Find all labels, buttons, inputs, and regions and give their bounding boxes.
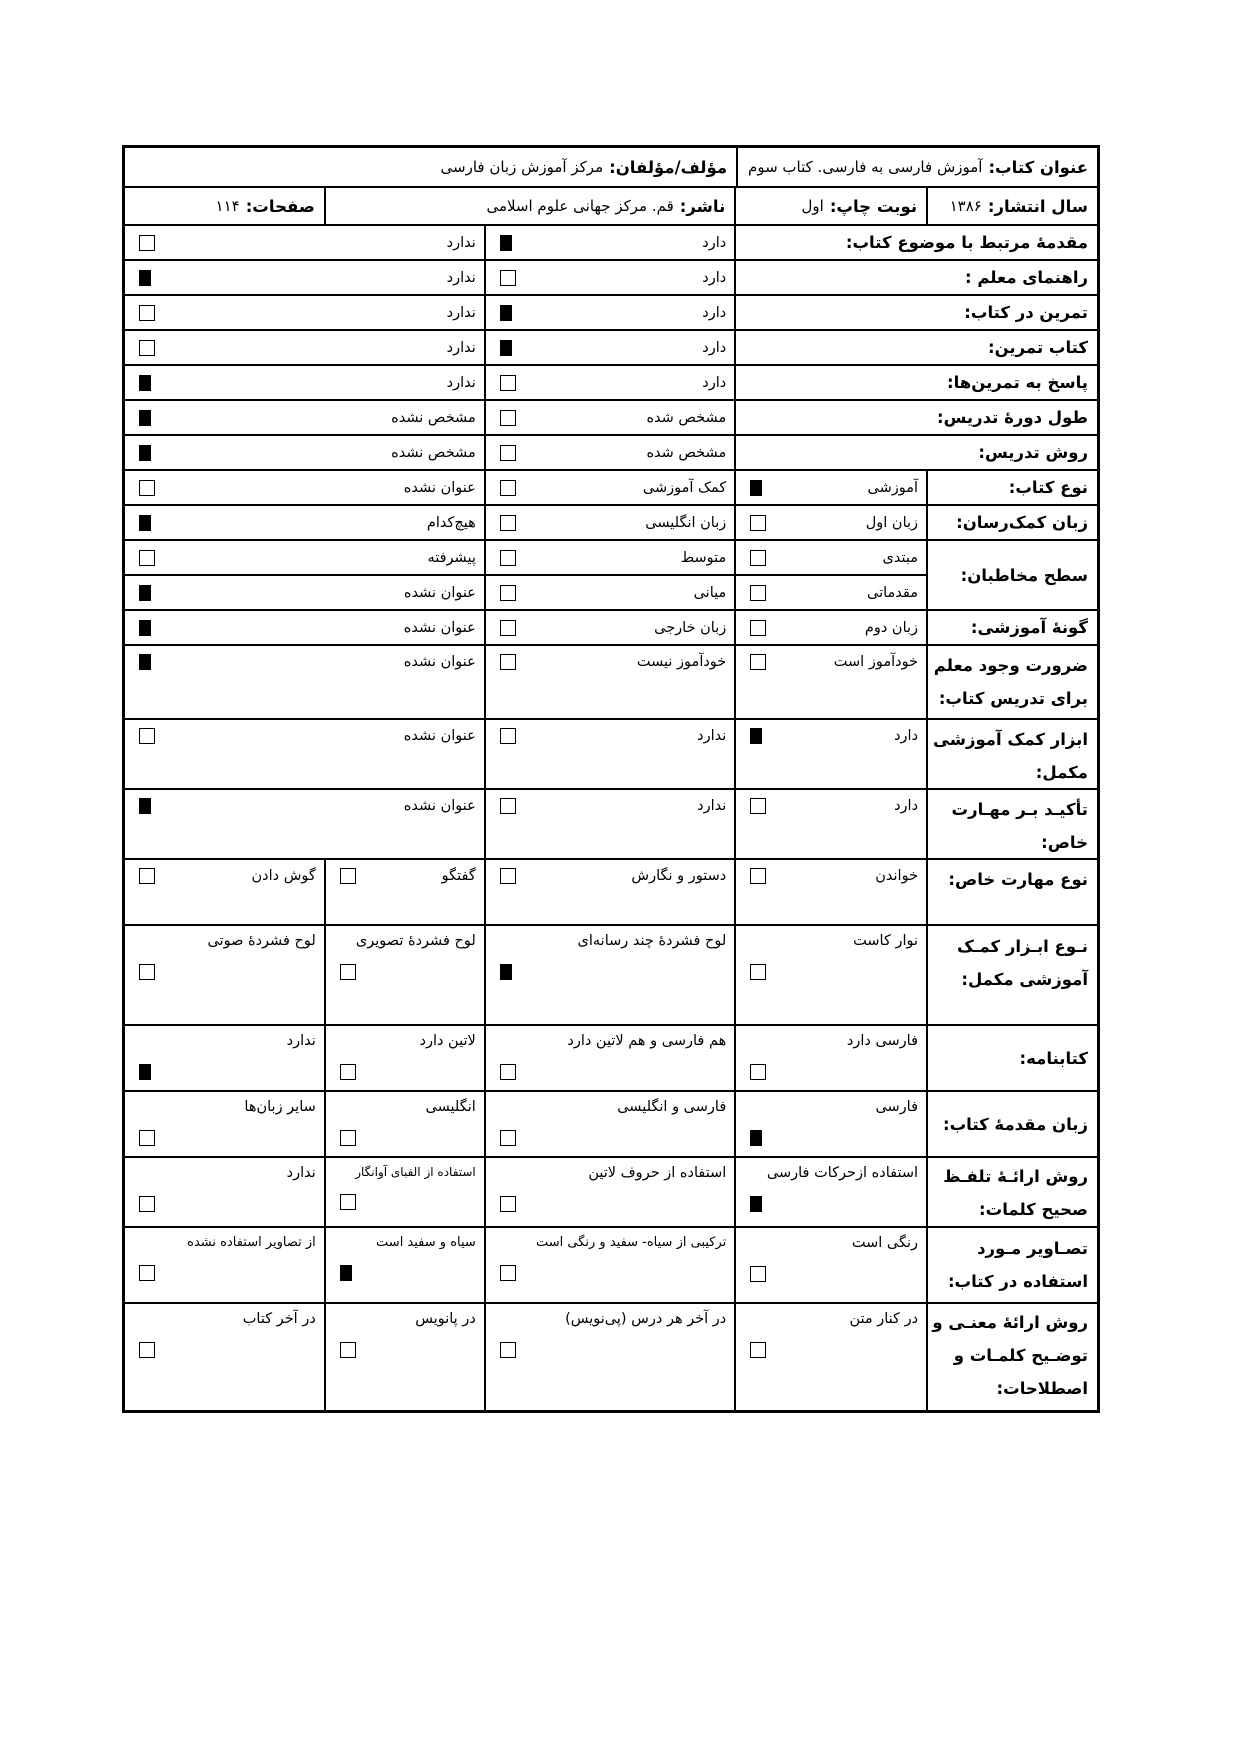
option-cell: زبان دوم xyxy=(734,611,926,644)
checkbox xyxy=(139,728,155,744)
option-label: رنگی است xyxy=(736,1228,926,1251)
option-cell: آموزشی xyxy=(734,471,926,504)
checkbox xyxy=(500,1196,516,1212)
checkbox xyxy=(750,550,766,566)
checkbox xyxy=(340,1342,356,1358)
page-count-label: صفحات: xyxy=(240,197,315,216)
option-label: عنوان نشده xyxy=(404,798,476,814)
option-label: دارد xyxy=(894,728,918,744)
row-intro: مقدمهٔ مرتبط با موضوع کتاب: دارد ندارد xyxy=(125,224,1097,259)
row-label: زبان کمک‌رسان: xyxy=(926,506,1097,539)
print-edition-cell: نوبت چاپ: اول xyxy=(734,188,926,224)
option-label: دارد xyxy=(702,270,726,286)
option-cell: مشخص شده xyxy=(484,436,734,469)
row-exercise-book: کتاب تمرین: دارد ندارد xyxy=(125,329,1097,364)
option-cell: زبان اول xyxy=(734,506,926,539)
publisher-cell: ناشر: قم. مرکز جهانی علوم اسلامی xyxy=(324,188,734,224)
option-cell: در پانویس xyxy=(324,1304,484,1410)
checkbox xyxy=(500,585,516,601)
checkbox xyxy=(139,798,151,814)
option-label: هیچ‌کدام xyxy=(427,515,476,531)
option-cell: در آخر هر درس (پی‌نویس) xyxy=(484,1304,734,1410)
row-specific-skill-emphasis: تأکیـد بـر مهـارت خاص: دارد ندارد عنوان … xyxy=(125,788,1097,858)
checkbox xyxy=(340,1064,356,1080)
option-cell: مبتدی xyxy=(734,541,926,574)
row-label: کتاب تمرین: xyxy=(734,331,1097,364)
row-label: تأکیـد بـر مهـارت خاص: xyxy=(926,790,1097,858)
option-label: ندارد xyxy=(125,1158,324,1181)
option-label: زبان اول xyxy=(866,515,918,531)
checkbox xyxy=(139,375,151,391)
row-label: نوع مهارت خاص: xyxy=(926,860,1097,924)
option-label: دارد xyxy=(702,375,726,391)
option-label: دارد xyxy=(702,305,726,321)
option-label: دارد xyxy=(702,235,726,251)
option-cell: خودآموز است xyxy=(734,646,926,718)
checkbox xyxy=(750,1130,762,1146)
option-cell: زبان خارجی xyxy=(484,611,734,644)
option-cell: دارد xyxy=(484,226,734,259)
option-cell: سیاه و سفید است xyxy=(324,1228,484,1302)
option-label: مقدماتی xyxy=(867,585,918,601)
checkbox xyxy=(139,270,151,286)
option-label: انگلیسی xyxy=(326,1092,484,1115)
checkbox xyxy=(340,868,356,884)
checkbox xyxy=(500,375,516,391)
option-label: لاتین دارد xyxy=(326,1026,484,1049)
checkbox xyxy=(500,620,516,636)
row-teacher-guide: راهنمای معلم : دارد ندارد xyxy=(125,259,1097,294)
option-cell: مشخص شده xyxy=(484,401,734,434)
option-cell: پیشرفته xyxy=(125,541,484,574)
row-label: روش تدریس: xyxy=(734,436,1097,469)
option-cell: هیچ‌کدام xyxy=(125,506,484,539)
row-label: مقدمهٔ مرتبط با موضوع کتاب: xyxy=(734,226,1097,259)
checkbox xyxy=(500,340,512,356)
audience-level-subrow-2: مقدماتی میانی عنوان نشده xyxy=(125,576,926,609)
option-cell: میانی xyxy=(484,576,734,609)
checkbox xyxy=(750,798,766,814)
option-label: مبتدی xyxy=(883,550,918,566)
checkbox xyxy=(750,728,762,744)
checkbox xyxy=(500,1064,516,1080)
option-cell: ندارد xyxy=(484,720,734,788)
row-specific-skill-type: نوع مهارت خاص: خواندن دستور و نگارش گفتگ… xyxy=(125,858,1097,924)
option-label: نوار کاست xyxy=(736,926,926,949)
row-label: روش ارائهٔ معنـی و توضـیح کلمـات و اصطلا… xyxy=(926,1304,1097,1410)
option-cell: خواندن xyxy=(734,860,926,924)
option-label: در آخر هر درس (پی‌نویس) xyxy=(486,1304,734,1327)
option-label: هم فارسی و هم لاتین دارد xyxy=(486,1026,734,1049)
option-cell: دارد xyxy=(484,296,734,329)
checkbox xyxy=(500,445,516,461)
option-label: مشخص نشده xyxy=(391,410,476,426)
option-label: لوح فشردهٔ صوتی xyxy=(125,926,324,949)
option-label: سیاه و سفید است xyxy=(326,1228,484,1250)
option-cell: کمک آموزشی xyxy=(484,471,734,504)
checkbox xyxy=(139,410,151,426)
option-label: ندارد xyxy=(447,235,476,251)
row-label: طول دورهٔ تدریس: xyxy=(734,401,1097,434)
checkbox xyxy=(139,340,155,356)
option-label: عنوان نشده xyxy=(404,728,476,744)
checkbox xyxy=(500,964,512,980)
option-cell: عنوان نشده xyxy=(125,576,484,609)
checkbox xyxy=(340,1194,356,1210)
option-label: آموزشی xyxy=(868,480,919,496)
option-cell: از تصاویر استفاده نشده xyxy=(125,1228,324,1302)
checkbox xyxy=(139,235,155,251)
option-label: عنوان نشده xyxy=(404,480,476,496)
checkbox xyxy=(750,1196,762,1212)
option-cell: لوح فشردهٔ چند رسانه‌ای xyxy=(484,926,734,1024)
option-cell: فارسی و انگلیسی xyxy=(484,1092,734,1156)
checkbox xyxy=(500,410,516,426)
option-cell: نوار کاست xyxy=(734,926,926,1024)
row-supplementary-tools: ابزار کمک آموزشی مکمل: دارد ندارد عنوان … xyxy=(125,718,1097,788)
row-book-title: عنوان کتاب: آموزش فارسی به فارسی. کتاب س… xyxy=(125,148,1097,186)
row-exercises-in-book: تمرین در کتاب: دارد ندارد xyxy=(125,294,1097,329)
row-label: تمرین در کتاب: xyxy=(734,296,1097,329)
checkbox xyxy=(139,445,151,461)
row-label: پاسخ به تمرین‌ها: xyxy=(734,366,1097,399)
option-label: دستور و نگارش xyxy=(631,868,726,884)
row-label: زبان مقدمهٔ کتاب: xyxy=(926,1092,1097,1156)
option-label: مشخص شده xyxy=(646,445,726,461)
row-teacher-necessity: ضرورت وجود معلم برای تدریس کتاب: خودآموز… xyxy=(125,644,1097,718)
option-cell: انگلیسی xyxy=(324,1092,484,1156)
option-label: گوش دادن xyxy=(252,868,316,884)
row-label: گونهٔ آموزشی: xyxy=(926,611,1097,644)
checkbox xyxy=(500,1265,516,1281)
option-cell: عنوان نشده xyxy=(125,720,484,788)
option-label: لوح فشردهٔ چند رسانه‌ای xyxy=(486,926,734,949)
checkbox xyxy=(139,654,151,670)
option-cell: زبان انگلیسی xyxy=(484,506,734,539)
option-cell: ترکیبی از سیاه- سفید و رنگی است xyxy=(484,1228,734,1302)
author-label: مؤلف/مؤلفان: xyxy=(603,158,727,177)
checkbox xyxy=(340,1130,356,1146)
option-cell: رنگی است xyxy=(734,1228,926,1302)
checkbox xyxy=(500,515,516,531)
option-label: استفاده از حروف لاتین xyxy=(486,1158,734,1181)
option-cell: گفتگو xyxy=(324,860,484,924)
row-meaning-presentation: روش ارائهٔ معنـی و توضـیح کلمـات و اصطلا… xyxy=(125,1302,1097,1410)
checkbox xyxy=(340,1265,352,1281)
checkbox xyxy=(340,964,356,980)
option-label: فارسی xyxy=(736,1092,926,1115)
checkbox xyxy=(139,550,155,566)
checkbox xyxy=(750,654,766,670)
option-cell: دارد xyxy=(734,720,926,788)
option-cell: لوح فشردهٔ تصویری xyxy=(324,926,484,1024)
option-label: خواندن xyxy=(875,868,918,884)
option-cell: در آخر کتاب xyxy=(125,1304,324,1410)
checkbox xyxy=(139,1265,155,1281)
option-cell: عنوان نشده xyxy=(125,790,484,858)
option-label: ندارد xyxy=(447,305,476,321)
option-label: گفتگو xyxy=(442,868,476,884)
option-label: زبان دوم xyxy=(865,620,918,636)
row-intro-language: زبان مقدمهٔ کتاب: فارسی فارسی و انگلیسی … xyxy=(125,1090,1097,1156)
option-cell: ندارد xyxy=(484,790,734,858)
publisher-label: ناشر: xyxy=(674,197,725,216)
row-helper-language: زبان کمک‌رسان: زبان اول زبان انگلیسی هیچ… xyxy=(125,504,1097,539)
checkbox xyxy=(750,515,766,531)
option-label: عنوان نشده xyxy=(404,654,476,670)
row-supplementary-tool-type: نـوع ابـزار کمـک آموزشی مکمل: نوار کاست … xyxy=(125,924,1097,1024)
option-cell: استفاده ازحرکات فارسی xyxy=(734,1158,926,1226)
checkbox xyxy=(750,1064,766,1080)
publisher-value: قم. مرکز جهانی علوم اسلامی xyxy=(486,197,673,215)
checkbox xyxy=(500,654,516,670)
checkbox xyxy=(750,1342,766,1358)
option-cell: ندارد xyxy=(125,1158,324,1226)
checkbox xyxy=(139,1196,155,1212)
audience-level-options: مبتدی متوسط پیشرفته مقدماتی می xyxy=(125,541,926,609)
option-label: دارد xyxy=(894,798,918,814)
row-images-type: تصـاویر مـورد استفاده در کتاب: رنگی است … xyxy=(125,1226,1097,1302)
option-cell: سایر زبان‌ها xyxy=(125,1092,324,1156)
option-cell: دارد xyxy=(734,790,926,858)
checkbox xyxy=(139,868,155,884)
checkbox xyxy=(500,270,516,286)
row-educational-variety: گونهٔ آموزشی: زبان دوم زبان خارجی عنوان … xyxy=(125,609,1097,644)
option-label: ندارد xyxy=(125,1026,324,1049)
option-label: دارد xyxy=(702,340,726,356)
page-count-cell: صفحات: ۱۱۴ xyxy=(125,188,324,224)
checkbox xyxy=(139,1064,151,1080)
option-cell: ندارد xyxy=(125,331,484,364)
scanned-form-page: { "colors": { "border": "#000000", "text… xyxy=(0,0,1241,1755)
checkbox xyxy=(500,868,516,884)
option-cell: دارد xyxy=(484,261,734,294)
option-cell: عنوان نشده xyxy=(125,611,484,644)
row-label: نوع کتاب: xyxy=(926,471,1097,504)
option-label: خودآموز است xyxy=(834,654,918,670)
row-exercise-answers: پاسخ به تمرین‌ها: دارد ندارد xyxy=(125,364,1097,399)
option-cell: دارد xyxy=(484,331,734,364)
publication-year-label: سال انتشار: xyxy=(982,197,1088,216)
option-label: ترکیبی از سیاه- سفید و رنگی است xyxy=(486,1228,734,1250)
row-book-type: نوع کتاب: آموزشی کمک آموزشی عنوان نشده xyxy=(125,469,1097,504)
option-label: مشخص نشده xyxy=(391,445,476,461)
checkbox xyxy=(139,1342,155,1358)
row-label: ضرورت وجود معلم برای تدریس کتاب: xyxy=(926,646,1097,718)
option-cell: ندارد xyxy=(125,261,484,294)
option-label: فارسی و انگلیسی xyxy=(486,1092,734,1115)
print-edition-value: اول xyxy=(802,197,824,215)
row-label: تصـاویر مـورد استفاده در کتاب: xyxy=(926,1228,1097,1302)
option-cell: استفاده از الفبای آوانگار xyxy=(324,1158,484,1226)
option-label: استفاده ازحرکات فارسی xyxy=(736,1158,926,1181)
row-label: نـوع ابـزار کمـک آموزشی مکمل: xyxy=(926,926,1097,1024)
page-count-value: ۱۱۴ xyxy=(216,197,240,215)
option-label: کمک آموزشی xyxy=(643,480,726,496)
option-cell: ندارد xyxy=(125,366,484,399)
option-label: میانی xyxy=(694,585,727,601)
checkbox xyxy=(139,305,155,321)
option-label: ندارد xyxy=(697,728,726,744)
checkbox xyxy=(139,585,151,601)
option-cell: مشخص نشده xyxy=(125,436,484,469)
option-cell: مشخص نشده xyxy=(125,401,484,434)
row-label: روش ارائـهٔ تلفـظ صحیح کلمات: xyxy=(926,1158,1097,1226)
checkbox xyxy=(139,964,155,980)
option-cell: عنوان نشده xyxy=(125,646,484,718)
option-cell: ندارد xyxy=(125,226,484,259)
row-label: ابزار کمک آموزشی مکمل: xyxy=(926,720,1097,788)
option-label: در پانویس xyxy=(326,1304,484,1327)
option-label: در کنار متن xyxy=(736,1304,926,1327)
checkbox xyxy=(500,305,512,321)
row-label: کتابنامه: xyxy=(926,1026,1097,1090)
option-label: پیشرفته xyxy=(427,550,475,566)
checkbox xyxy=(139,1130,155,1146)
row-audience-level: سطح مخاطبان: مبتدی متوسط پیشرفته مقدما xyxy=(125,539,1097,609)
option-label: ندارد xyxy=(447,375,476,391)
option-label: ندارد xyxy=(697,798,726,814)
book-info-table: عنوان کتاب: آموزش فارسی به فارسی. کتاب س… xyxy=(122,145,1100,1413)
option-label: متوسط xyxy=(681,550,727,566)
row-bibliography: کتابنامه: فارسی دارد هم فارسی و هم لاتین… xyxy=(125,1024,1097,1090)
option-label: زبان خارجی xyxy=(654,620,726,636)
row-teaching-method: روش تدریس: مشخص شده مشخص نشده xyxy=(125,434,1097,469)
publication-year-value: ۱۳۸۶ xyxy=(950,197,982,215)
option-cell: استفاده از حروف لاتین xyxy=(484,1158,734,1226)
checkbox xyxy=(750,480,762,496)
checkbox xyxy=(500,1130,516,1146)
author-value: مرکز آموزش زبان فارسی xyxy=(441,158,604,176)
option-cell: دستور و نگارش xyxy=(484,860,734,924)
checkbox xyxy=(500,550,516,566)
checkbox xyxy=(750,620,766,636)
option-cell: گوش دادن xyxy=(125,860,324,924)
option-label: در آخر کتاب xyxy=(125,1304,324,1327)
checkbox xyxy=(750,1266,766,1282)
option-label: زبان انگلیسی xyxy=(645,515,726,531)
book-title-value: آموزش فارسی به فارسی. کتاب سوم xyxy=(748,158,982,176)
option-label: سایر زبان‌ها xyxy=(125,1092,324,1115)
option-label: عنوان نشده xyxy=(404,585,476,601)
option-cell: ندارد xyxy=(125,296,484,329)
option-label: خودآموز نیست xyxy=(637,654,726,670)
checkbox xyxy=(750,964,766,980)
option-cell: فارسی دارد xyxy=(734,1026,926,1090)
audience-level-subrow-1: مبتدی متوسط پیشرفته xyxy=(125,541,926,576)
option-label: از تصاویر استفاده نشده xyxy=(125,1228,324,1250)
row-publication-info: سال انتشار: ۱۳۸۶ نوبت چاپ: اول ناشر: قم.… xyxy=(125,186,1097,224)
option-label: عنوان نشده xyxy=(404,620,476,636)
row-pronunciation-method: روش ارائـهٔ تلفـظ صحیح کلمات: استفاده از… xyxy=(125,1156,1097,1226)
option-label: ندارد xyxy=(447,270,476,286)
option-label: لوح فشردهٔ تصویری xyxy=(326,926,484,949)
option-label: استفاده از الفبای آوانگار xyxy=(326,1158,484,1179)
print-edition-label: نوبت چاپ: xyxy=(824,197,917,216)
option-label: فارسی دارد xyxy=(736,1026,926,1049)
row-teaching-duration: طول دورهٔ تدریس: مشخص شده مشخص نشده xyxy=(125,399,1097,434)
option-label: مشخص شده xyxy=(646,410,726,426)
author-cell: مؤلف/مؤلفان: مرکز آموزش زبان فارسی xyxy=(125,148,736,186)
row-label: سطح مخاطبان: xyxy=(926,541,1097,609)
checkbox xyxy=(750,868,766,884)
checkbox xyxy=(500,1342,516,1358)
option-cell: لوح فشردهٔ صوتی xyxy=(125,926,324,1024)
option-cell: ندارد xyxy=(125,1026,324,1090)
row-label: راهنمای معلم : xyxy=(734,261,1097,294)
checkbox xyxy=(500,728,516,744)
checkbox xyxy=(750,585,766,601)
checkbox xyxy=(500,798,516,814)
option-cell: فارسی xyxy=(734,1092,926,1156)
option-cell: عنوان نشده xyxy=(125,471,484,504)
checkbox xyxy=(500,235,512,251)
checkbox xyxy=(500,480,516,496)
option-cell: لاتین دارد xyxy=(324,1026,484,1090)
book-title-cell: عنوان کتاب: آموزش فارسی به فارسی. کتاب س… xyxy=(736,148,1097,186)
publication-year-cell: سال انتشار: ۱۳۸۶ xyxy=(926,188,1097,224)
option-cell: متوسط xyxy=(484,541,734,574)
option-label: ندارد xyxy=(447,340,476,356)
checkbox xyxy=(139,620,151,636)
book-title-label: عنوان کتاب: xyxy=(982,158,1088,177)
checkbox xyxy=(139,515,151,531)
option-cell: در کنار متن xyxy=(734,1304,926,1410)
option-cell: هم فارسی و هم لاتین دارد xyxy=(484,1026,734,1090)
option-cell: مقدماتی xyxy=(734,576,926,609)
checkbox xyxy=(139,480,155,496)
option-cell: دارد xyxy=(484,366,734,399)
option-cell: خودآموز نیست xyxy=(484,646,734,718)
